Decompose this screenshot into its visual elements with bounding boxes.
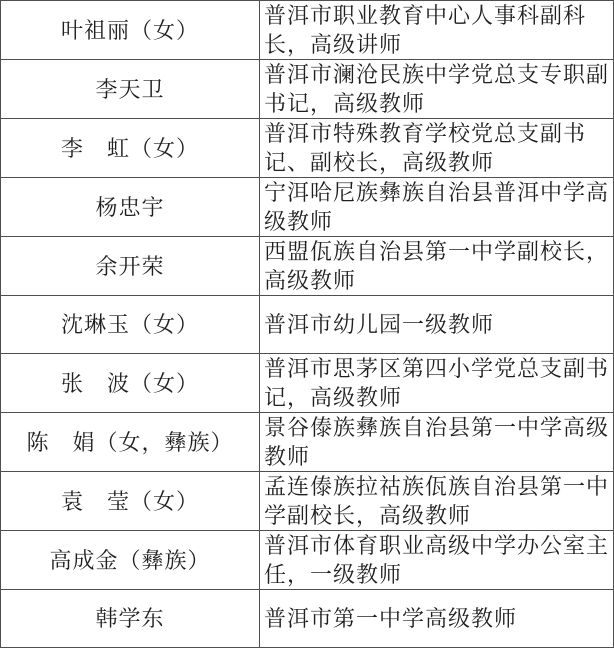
person-name-cell: 张 波（女） bbox=[1, 354, 260, 413]
table-row: 余开荣 西盟佤族自治县第一中学副校长，高级教师 bbox=[1, 237, 614, 296]
position-title-cell: 景谷傣族彝族自治县第一中学高级教师 bbox=[260, 413, 614, 472]
position-title-cell: 普洱市特殊教育学校党总支副书记、副校长，高级教师 bbox=[260, 119, 614, 178]
person-name-cell: 袁 莹（女） bbox=[1, 472, 260, 531]
table-row: 高成金（彝族） 普洱市体育职业高级中学办公室主任，一级教师 bbox=[1, 531, 614, 590]
position-title-cell: 宁洱哈尼族彝族自治县普洱中学高级教师 bbox=[260, 178, 614, 237]
person-name-cell: 沈琳玉（女） bbox=[1, 296, 260, 354]
table-row: 沈琳玉（女） 普洱市幼儿园一级教师 bbox=[1, 296, 614, 354]
table-row: 陈 娟（女，彝族） 景谷傣族彝族自治县第一中学高级教师 bbox=[1, 413, 614, 472]
honor-roll-table: 叶祖丽（女） 普洱市职业教育中心人事科副科长，高级讲师 李天卫 普洱市澜沧民族中… bbox=[0, 0, 614, 648]
person-name-cell: 高成金（彝族） bbox=[1, 531, 260, 590]
table-row: 叶祖丽（女） 普洱市职业教育中心人事科副科长，高级讲师 bbox=[1, 1, 614, 60]
person-name-cell: 杨忠宇 bbox=[1, 178, 260, 237]
table-row: 袁 莹（女） 孟连傣族拉祜族佤族自治县第一中学副校长，高级教师 bbox=[1, 472, 614, 531]
person-name-cell: 叶祖丽（女） bbox=[1, 1, 260, 60]
person-name-cell: 韩学东 bbox=[1, 590, 260, 648]
position-title-cell: 普洱市幼儿园一级教师 bbox=[260, 296, 614, 354]
table-row: 杨忠宇 宁洱哈尼族彝族自治县普洱中学高级教师 bbox=[1, 178, 614, 237]
position-title-cell: 西盟佤族自治县第一中学副校长，高级教师 bbox=[260, 237, 614, 296]
person-name-cell: 陈 娟（女，彝族） bbox=[1, 413, 260, 472]
position-title-cell: 普洱市职业教育中心人事科副科长，高级讲师 bbox=[260, 1, 614, 60]
person-name-cell: 李 虹（女） bbox=[1, 119, 260, 178]
position-title-cell: 普洱市思茅区第四小学党总支副书记，高级教师 bbox=[260, 354, 614, 413]
table-row: 李天卫 普洱市澜沧民族中学党总支专职副书记，高级教师 bbox=[1, 60, 614, 119]
table-row: 韩学东 普洱市第一中学高级教师 bbox=[1, 590, 614, 648]
person-name-cell: 余开荣 bbox=[1, 237, 260, 296]
table-row: 李 虹（女） 普洱市特殊教育学校党总支副书记、副校长，高级教师 bbox=[1, 119, 614, 178]
person-name-cell: 李天卫 bbox=[1, 60, 260, 119]
table-body: 叶祖丽（女） 普洱市职业教育中心人事科副科长，高级讲师 李天卫 普洱市澜沧民族中… bbox=[1, 1, 614, 648]
table-row: 张 波（女） 普洱市思茅区第四小学党总支副书记，高级教师 bbox=[1, 354, 614, 413]
position-title-cell: 普洱市澜沧民族中学党总支专职副书记，高级教师 bbox=[260, 60, 614, 119]
position-title-cell: 普洱市第一中学高级教师 bbox=[260, 590, 614, 648]
position-title-cell: 普洱市体育职业高级中学办公室主任，一级教师 bbox=[260, 531, 614, 590]
position-title-cell: 孟连傣族拉祜族佤族自治县第一中学副校长，高级教师 bbox=[260, 472, 614, 531]
